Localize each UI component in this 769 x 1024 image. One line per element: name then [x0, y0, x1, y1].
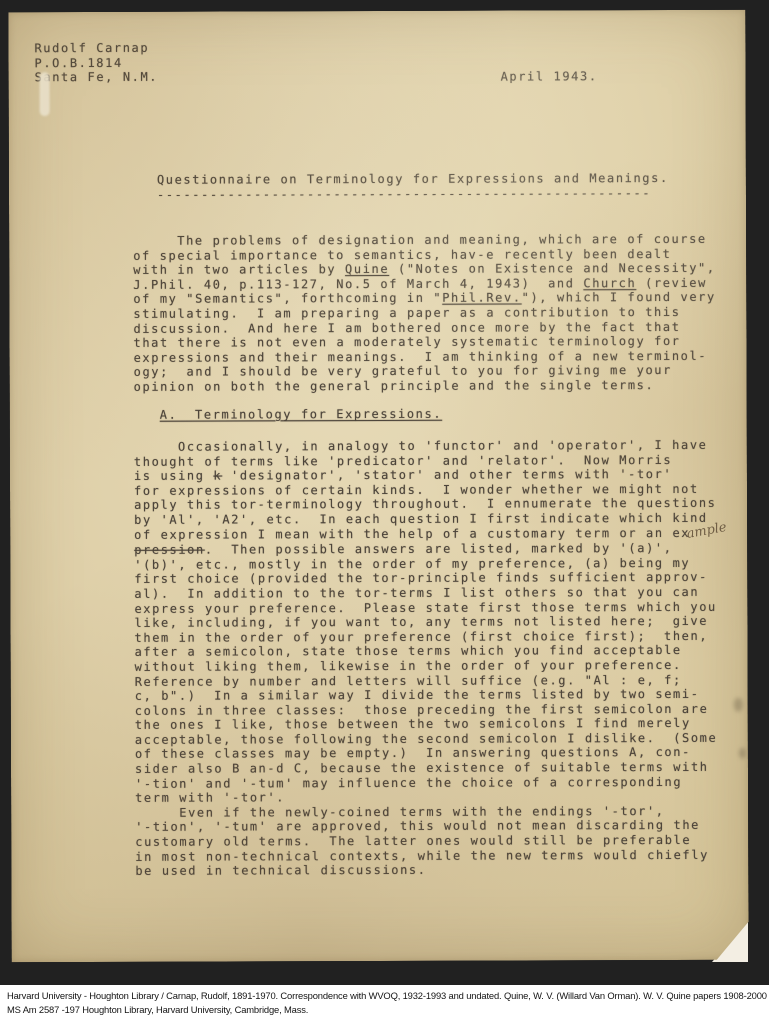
- body-text-block: Occasionally, in analogy to 'functor' an…: [134, 438, 744, 879]
- letter-title-block: Questionnaire on Terminology for Express…: [157, 171, 669, 202]
- letter-paper: Rudolf Carnap P.O.B.1814 Santa Fe, N.M. …: [8, 10, 748, 963]
- para2-text-b: 'designator', 'stator' and other terms w…: [134, 467, 717, 541]
- letter-title: Questionnaire on Terminology for Express…: [157, 171, 669, 187]
- struck-typo-char: k: [213, 469, 222, 483]
- letter-date: April 1943.: [501, 69, 598, 84]
- paper-scratch: [40, 72, 50, 116]
- caption-line-2: MS Am 2587 -197 Houghton Library, Harvar…: [7, 1004, 308, 1015]
- margin-smudge: [739, 748, 746, 759]
- church-name-underlined: Church: [583, 276, 636, 290]
- sender-address: Rudolf Carnap P.O.B.1814 Santa Fe, N.M.: [34, 41, 158, 85]
- title-underline: ----------------------------------------…: [157, 186, 669, 202]
- section-heading-a: A. Terminology for Expressions.: [160, 407, 442, 422]
- paragraph-2: Occasionally, in analogy to 'functor' an…: [134, 438, 743, 806]
- caption-line-1: Harvard University - Houghton Library / …: [7, 990, 767, 1001]
- paragraph-3: Even if the newly-coined terms with the …: [135, 804, 743, 879]
- para1-text-d: "), which I found very stimulating. I am…: [133, 290, 715, 394]
- philrev-underlined: Phil.Rev.: [442, 291, 521, 305]
- section-heading-a-block: A. Terminology for Expressions.: [160, 407, 442, 423]
- paragraph-1: The problems of designation and meaning,…: [133, 232, 742, 395]
- struck-word-pression: pression: [134, 543, 205, 557]
- caption-bar: Harvard University - Houghton Library / …: [0, 985, 769, 1024]
- scan-background: Rudolf Carnap P.O.B.1814 Santa Fe, N.M. …: [0, 0, 769, 985]
- scanned-letter-page: Rudolf Carnap P.O.B.1814 Santa Fe, N.M. …: [0, 0, 769, 1024]
- margin-smudge: [734, 698, 743, 712]
- quine-name-underlined: Quine: [345, 262, 389, 276]
- para2-text-c: . Then possible answers are listed, mark…: [134, 541, 717, 805]
